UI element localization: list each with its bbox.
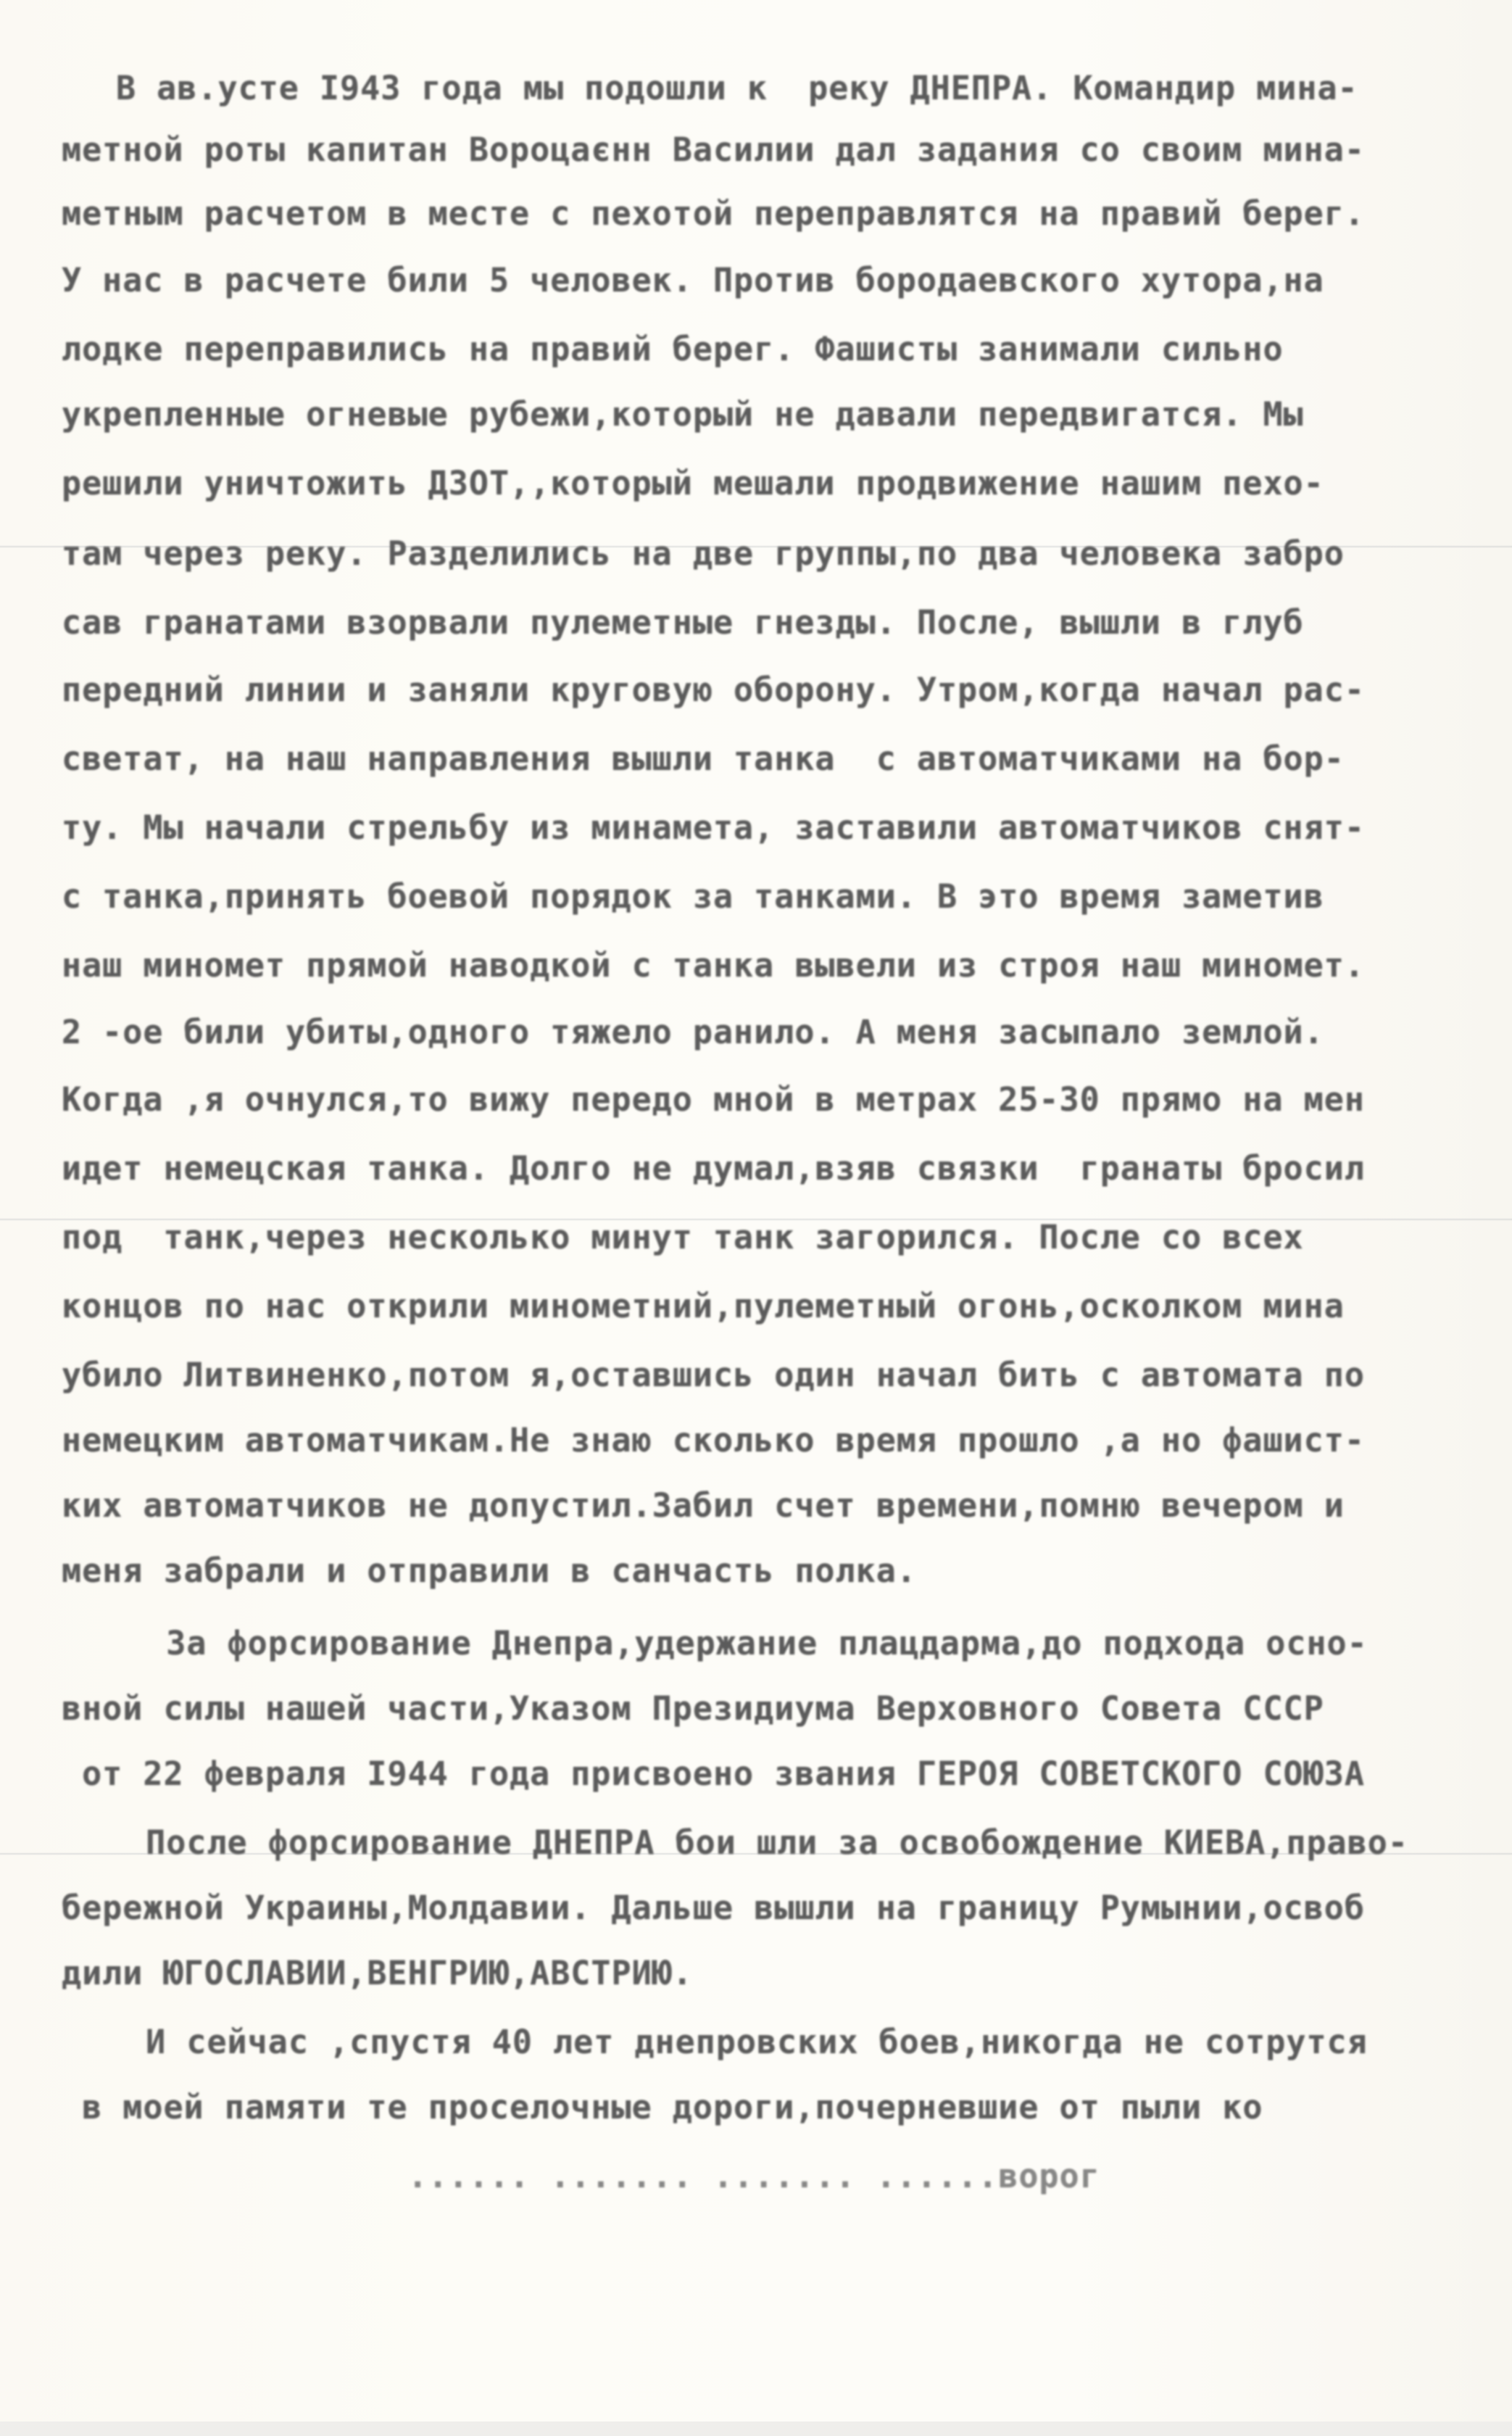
- scan-border: [0, 2421, 1512, 2436]
- typed-line: бережной Украины,Молдавии. Дальше вышли …: [62, 1889, 1365, 1927]
- typed-line: дили ЮГОСЛАВИИ,ВЕНГРИЮ,АВСТРИЮ.: [62, 1954, 693, 1992]
- typed-line: Когда ,я очнулся,то вижу передо мной в м…: [62, 1080, 1365, 1119]
- typed-line: 2 -ое били убиты,одного тяжело ранило. А…: [62, 1013, 1324, 1051]
- typed-line: концов по нас открили минометний,пулемет…: [62, 1287, 1345, 1325]
- typed-line: После форсирование ДНЕПРА бои шли за осв…: [105, 1823, 1408, 1862]
- typed-line: вной силы нашей части,Указом Президиума …: [62, 1689, 1324, 1728]
- typed-line: от 22 февраля I944 года присвоено звания…: [62, 1754, 1365, 1793]
- typed-line: У нас в расчете били 5 человек. Против б…: [62, 261, 1324, 299]
- typed-line: ту. Мы начали стрельбу из минамета, заст…: [62, 808, 1365, 847]
- typed-line: идет немецская танка. Долго не думал,взя…: [62, 1149, 1365, 1188]
- typed-line: с танка,принять боевой порядок за танкам…: [62, 877, 1324, 916]
- typed-line: метным расчетом в месте с пехотой перепр…: [62, 194, 1365, 233]
- typed-line: под танк,через несколько минут танк заго…: [62, 1218, 1304, 1256]
- typed-line: светат, на наш направления вышли танка с…: [62, 739, 1345, 778]
- typed-line: И сейчас ,спустя 40 лет днепровских боев…: [105, 2023, 1368, 2061]
- typed-line: там через реку. Разделились на две групп…: [62, 534, 1345, 573]
- typed-line: В ав.усте I943 года мы подошли к реку ДН…: [116, 69, 1358, 107]
- typed-line: наш миномет прямой наводкой с танка выве…: [62, 946, 1365, 985]
- typed-line: укрепленные огневые рубежи,который не да…: [62, 395, 1304, 434]
- typed-line: метной роты капитан Вороцаєнн Василии да…: [62, 130, 1365, 169]
- typed-line: меня забрали и отправили в санчасть полк…: [62, 1551, 917, 1590]
- typed-line: в моей памяти те проселочные дороги,поче…: [62, 2088, 1263, 2126]
- typed-line: ких автоматчиков не допустил.Забил счет …: [62, 1486, 1345, 1525]
- typed-line: ...... ....... ....... ......ворог: [62, 2157, 1100, 2195]
- typed-line: передний линии и заняли круговую оборону…: [62, 671, 1365, 709]
- typed-line: За форсирование Днепра,удержание плацдар…: [105, 1624, 1368, 1662]
- typed-line: убило Литвиненко,потом я,оставшись один …: [62, 1356, 1365, 1394]
- typed-line: немецким автоматчикам.Не знаю сколько вр…: [62, 1421, 1365, 1459]
- typed-line: сав гранатами взорвали пулеметные гнезды…: [62, 603, 1304, 642]
- typed-line: решили уничтожить ДЗОТ,,который мешали п…: [62, 464, 1324, 502]
- typed-line: лодке переправились на правий берег. Фаш…: [62, 330, 1284, 368]
